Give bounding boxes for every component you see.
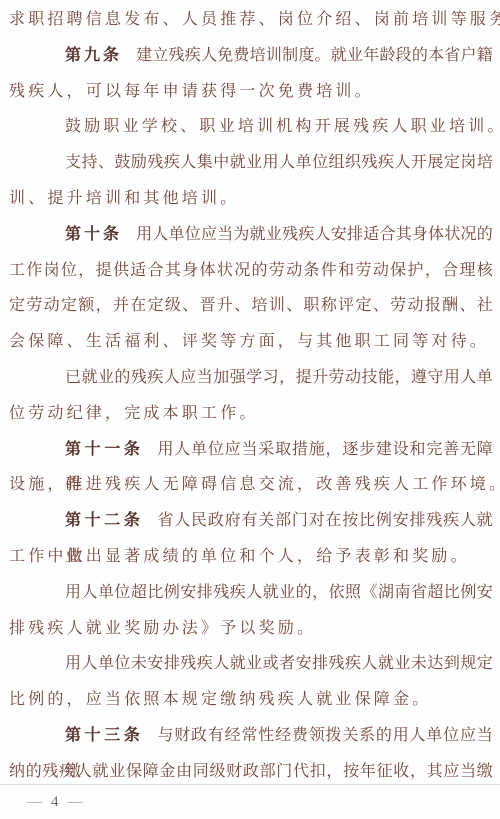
line-text: 残疾人，可以每年申请获得一次免费培训。 [9, 83, 374, 100]
text-line: 求职招聘信息发布、人员推荐、岗位介绍、岗前培训等服务。 [9, 2, 493, 38]
article-heading: 第九条 [65, 47, 122, 64]
line-text: 用人单位超比例安排残疾人就业的，依照《湖南省超比例安 [65, 584, 493, 601]
line-text: 比例的，应当依照本规定缴纳残疾人就业保障金。 [9, 691, 431, 708]
text-line: 定劳动定额，并在定级、晋升、培训、职称评定、劳动报酬、社 [9, 288, 493, 324]
line-text: 训、提升培训和其他培训。 [9, 190, 239, 207]
article-heading: 第十一条 [65, 441, 143, 458]
line-text: 求职招聘信息发布、人员推荐、岗位介绍、岗前培训等服务。 [9, 11, 500, 28]
text-line: 位劳动纪律，完成本职工作。 [9, 396, 493, 432]
text-line: 第十三条与财政有经常性经费领拨关系的用人单位应当缴 [9, 718, 493, 754]
line-text: 设施，推进残疾人无障碍信息交流，改善残疾人工作环境。 [9, 476, 500, 493]
line-text: 位劳动纪律，完成本职工作。 [9, 405, 259, 422]
text-line: 第十条用人单位应当为就业残疾人安排适合其身体状况的 [9, 217, 493, 253]
line-text: 工作中做出显著成绩的单位和个人，给予表彰和奖励。 [9, 548, 470, 565]
text-line: 已就业的残疾人应当加强学习，提升劳动技能，遵守用人单 [9, 360, 493, 396]
line-text: 定劳动定额，并在定级、晋升、培训、职称评定、劳动报酬、社 [9, 297, 493, 314]
text-line: 排残疾人就业奖励办法》予以奖励。 [9, 611, 493, 647]
text-line: 工作岗位，提供适合其身体状况的劳动条件和劳动保护，合理核 [9, 253, 493, 289]
page-number-dash-right: — [68, 794, 83, 810]
scan-artifact-line [0, 784, 500, 785]
page-number-dash-left: — [27, 794, 42, 810]
text-line: 用人单位超比例安排残疾人就业的，依照《湖南省超比例安 [9, 575, 493, 611]
line-text: 支持、鼓励残疾人集中就业用人单位组织残疾人开展定岗培 [65, 154, 493, 171]
article-heading: 第十条 [65, 226, 122, 243]
line-text: 用人单位未安排残疾人就业或者安排残疾人就业未达到规定 [65, 655, 493, 672]
line-text: 工作岗位，提供适合其身体状况的劳动条件和劳动保护，合理核 [9, 262, 493, 279]
text-line: 会保障、生活福利、评奖等方面，与其他职工同等对待。 [9, 324, 493, 360]
article-heading: 第十二条 [65, 512, 143, 529]
text-line: 鼓励职业学校、职业培训机构开展残疾人职业培训。 [9, 109, 493, 145]
text-line: 第十一条用人单位应当采取措施，逐步建设和完善无障碍 [9, 432, 493, 468]
text-line: 工作中做出显著成绩的单位和个人，给予表彰和奖励。 [9, 539, 493, 575]
line-text: 建立残疾人免费培训制度。就业年龄段的本省户籍 [136, 47, 493, 64]
document-page: 求职招聘信息发布、人员推荐、岗位介绍、岗前培训等服务。第九条建立残疾人免费培训制… [0, 0, 500, 819]
line-text: 纳的残疾人就业保障金由同级财政部门代扣，按年征收，其应当缴 [9, 763, 493, 780]
page-number: —4— [27, 792, 83, 812]
line-text: 已就业的残疾人应当加强学习，提升劳动技能，遵守用人单 [65, 369, 493, 386]
text-line: 支持、鼓励残疾人集中就业用人单位组织残疾人开展定岗培 [9, 145, 493, 181]
text-line: 比例的，应当依照本规定缴纳残疾人就业保障金。 [9, 682, 493, 718]
line-text: 排残疾人就业奖励办法》予以奖励。 [9, 620, 316, 637]
text-line: 残疾人，可以每年申请获得一次免费培训。 [9, 74, 493, 110]
line-text: 用人单位应当为就业残疾人安排适合其身体状况的 [136, 226, 493, 243]
text-line: 用人单位未安排残疾人就业或者安排残疾人就业未达到规定 [9, 646, 493, 682]
line-text: 会保障、生活福利、评奖等方面，与其他职工同等对待。 [9, 333, 489, 350]
page-number-value: 4 [51, 794, 59, 810]
document-body: 求职招聘信息发布、人员推荐、岗位介绍、岗前培训等服务。第九条建立残疾人免费培训制… [9, 2, 493, 790]
text-line: 第十二条省人民政府有关部门对在按比例安排残疾人就业 [9, 503, 493, 539]
line-text: 鼓励职业学校、职业培训机构开展残疾人职业培训。 [65, 118, 500, 135]
article-heading: 第十三条 [65, 727, 143, 744]
text-line: 第九条建立残疾人免费培训制度。就业年龄段的本省户籍 [9, 38, 493, 74]
text-line: 训、提升培训和其他培训。 [9, 181, 493, 217]
text-line: 设施，推进残疾人无障碍信息交流，改善残疾人工作环境。 [9, 467, 493, 503]
